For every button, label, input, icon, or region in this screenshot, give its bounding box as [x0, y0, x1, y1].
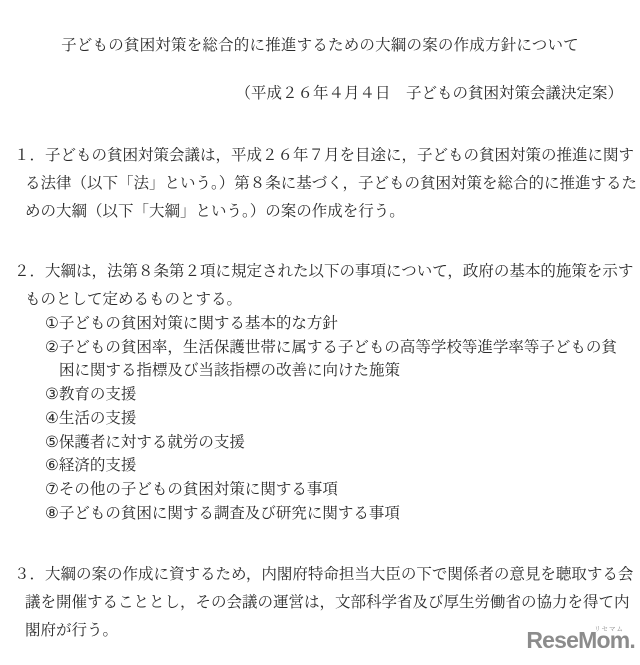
list-item-5: ⑤保護者に対する就労の支援	[0, 431, 640, 455]
document-page: 子どもの貧困対策を総合的に推進するための大綱の案の作成方針について （平成２６年…	[0, 0, 640, 665]
list-item-2-wrap: 困に関する指標及び当該指標の改善に向けた施策	[0, 359, 640, 383]
resemom-logo-ruby: リセマム	[594, 624, 624, 633]
document-title: 子どもの貧困対策を総合的に推進するための大綱の案の作成方針について	[0, 33, 640, 55]
list-item-4: ④生活の支援	[0, 407, 640, 431]
paragraph-1: １．子どもの貧困対策会議は，平成２６年７月を目途に，子どもの貧困対策の推進に関す…	[0, 142, 640, 225]
paragraph-3-line-2: 議を開催することとし，その会議の運営は，文部科学省及び厚生労働省の協力を得て内	[0, 589, 640, 617]
paragraph-1-line-2: る法律（以下「法」という。）第８条に基づく，子どもの貧困対策を総合的に推進するた	[0, 170, 640, 198]
list-item-3: ③教育の支援	[0, 383, 640, 407]
paragraph-2-line-1: ２．大綱は，法第８条第２項に規定された以下の事項について，政府の基本的施策を示す	[0, 258, 640, 286]
resemom-logo: リセマム ReseMom.	[526, 627, 635, 654]
paragraph-1-line-3: めの大綱（以下「大綱」という。）の案の作成を行う。	[0, 198, 640, 226]
paragraph-2-line-2: ものとして定めるものとする。	[0, 286, 640, 314]
paragraph-1-line-1: １．子どもの貧困対策会議は，平成２６年７月を目途に，子どもの貧困対策の推進に関す	[0, 142, 640, 170]
list-item-1: ①子どもの貧困対策に関する基本的な方針	[0, 312, 640, 336]
document-dateline: （平成２６年４月４日 子どもの貧困対策会議決定案）	[235, 81, 623, 103]
policy-items-list: ①子どもの貧困対策に関する基本的な方針 ②子どもの貧困率，生活保護世帯に属する子…	[0, 312, 640, 525]
list-item-7: ⑦その他の子どもの貧困対策に関する事項	[0, 478, 640, 502]
list-item-8: ⑧子どもの貧困に関する調査及び研究に関する事項	[0, 502, 640, 526]
list-item-6: ⑥経済的支援	[0, 454, 640, 478]
paragraph-3-line-1: ３．大綱の案の作成に資するため，内閣府特命担当大臣の下で関係者の意見を聴取する会	[0, 561, 640, 589]
paragraph-2: ２．大綱は，法第８条第２項に規定された以下の事項について，政府の基本的施策を示す…	[0, 258, 640, 314]
list-item-2: ②子どもの貧困率，生活保護世帯に属する子どもの高等学校等進学率等子どもの貧	[0, 336, 640, 360]
